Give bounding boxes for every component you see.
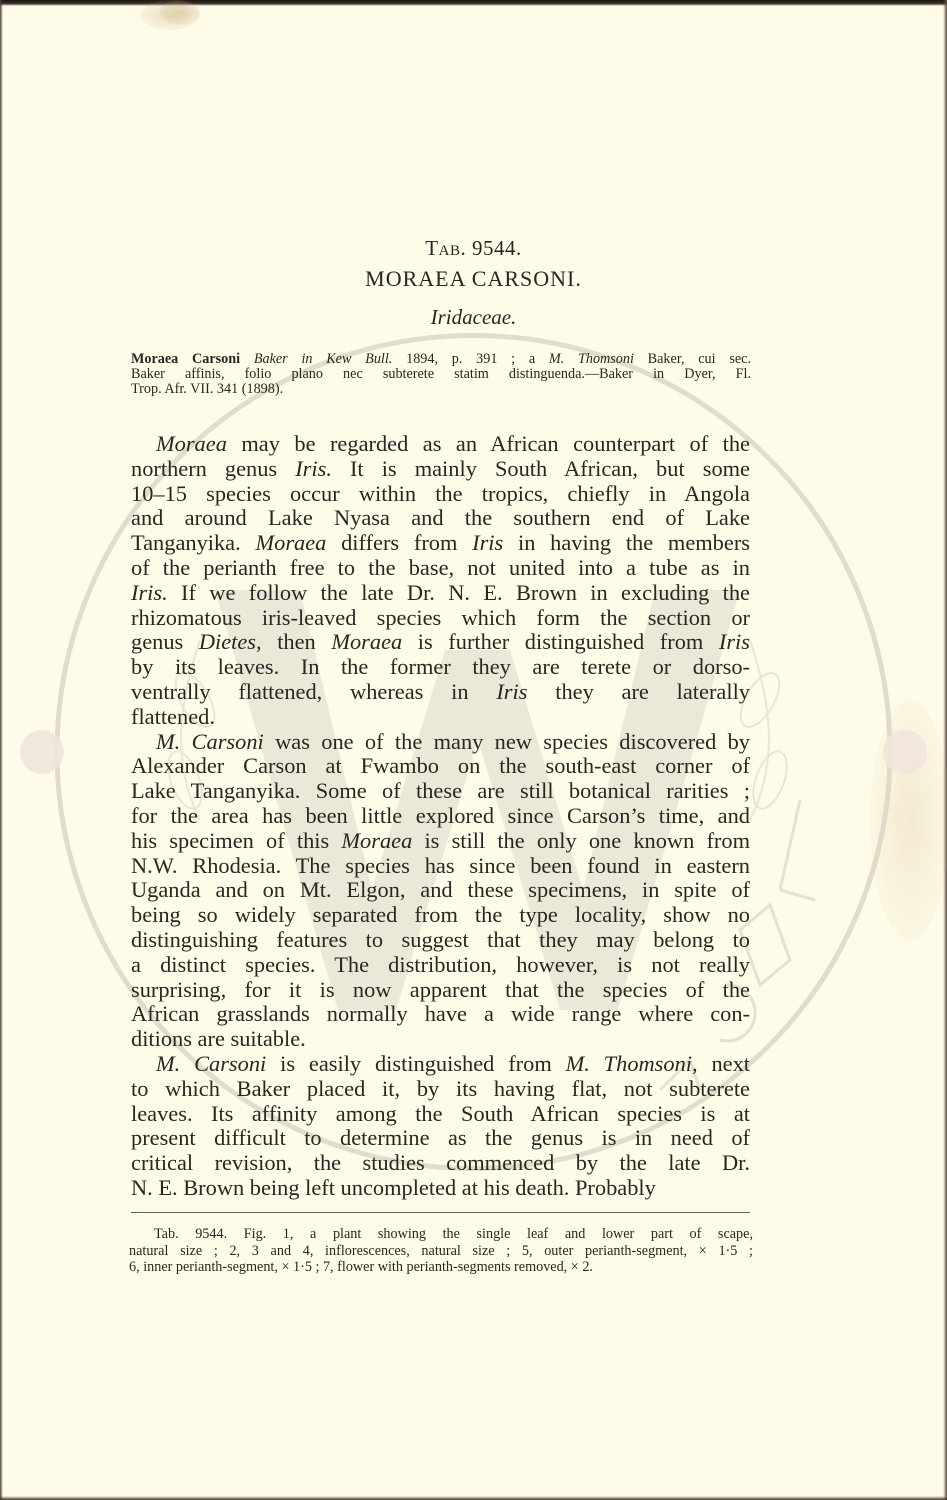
italic-term: Moraea	[255, 530, 326, 555]
text-run: Tanganyika.	[131, 530, 255, 555]
text-line: of the perianth free to the base, not un…	[131, 556, 750, 581]
text-run: may be regarded as an African counterpar…	[227, 431, 750, 456]
italic-term: Iris	[719, 629, 750, 654]
text-run: being so widely separated from the type …	[131, 902, 750, 927]
text-run: is easily distinguished from	[266, 1051, 565, 1076]
text-run: Uganda and on Mt. Elgon, and these speci…	[131, 877, 750, 902]
text-run: surprising, for it is now apparent that …	[131, 977, 750, 1002]
text-run: his specimen of this	[131, 828, 341, 853]
text-line: being so widely separated from the type …	[131, 903, 750, 928]
text-run: northern genus	[131, 456, 295, 481]
text-run: genus	[131, 629, 199, 654]
text-line: critical revision, the studies commenced…	[131, 1151, 750, 1176]
text-run: next	[698, 1051, 750, 1076]
text-line: by its leaves. In the former they are te…	[131, 655, 750, 680]
family-name: Iridaceae.	[0, 305, 947, 330]
plate-number: Tab. 9544.	[0, 236, 947, 261]
text-line: surprising, for it is now apparent that …	[131, 978, 750, 1003]
text-run: and around Lake Nyasa and the southern e…	[131, 505, 750, 530]
italic-term: Iris.	[131, 580, 168, 605]
text-run: to which Baker placed it, by its having …	[131, 1076, 750, 1101]
paper-stain	[160, 0, 200, 25]
italic-term: Iris	[496, 679, 527, 704]
body-text: Moraea may be regarded as an African cou…	[131, 432, 750, 1201]
text-line: Moraea may be regarded as an African cou…	[131, 432, 750, 457]
text-line: Alexander Carson at Fwambo on the south-…	[131, 754, 750, 779]
text-run: 10–15 species occur within the tropics, …	[131, 481, 750, 506]
citation-species-name: Moraea Carsoni	[131, 351, 240, 367]
italic-term: Moraea	[331, 629, 402, 654]
text-run: of the perianth free to the base, not un…	[131, 555, 750, 580]
caption-line: natural size ; 2, 3 and 4, inflorescence…	[129, 1243, 753, 1260]
paragraph: M. Carsoni is easily distinguished from …	[131, 1052, 750, 1201]
citation-line: Baker affinis, folio plano nec subterete…	[131, 367, 751, 382]
citation-reference: 1894, p. 391 ; a	[406, 351, 535, 367]
caption-line: 6, inner perianth-segment, × 1·5 ; 7, fl…	[129, 1259, 753, 1276]
text-line: African grasslands normally have a wide …	[131, 1002, 750, 1027]
text-line: for the area has been little explored si…	[131, 804, 750, 829]
text-line: N. E. Brown being left uncompleted at hi…	[131, 1176, 750, 1201]
scan-edge-bottom	[0, 1496, 947, 1500]
text-run: present difficult to determine as the ge…	[131, 1125, 750, 1150]
paragraph: M. Carsoni was one of the many new speci…	[131, 730, 750, 1052]
text-line: his specimen of this Moraea is still the…	[131, 829, 750, 854]
text-run: is further distinguished from	[402, 629, 719, 654]
figure-caption: Tab. 9544. Fig. 1, a plant showing the s…	[129, 1226, 753, 1276]
text-line: Lake Tanganyika. Some of these are still…	[131, 779, 750, 804]
text-run: is still the only one known from	[412, 828, 750, 853]
text-run: If we follow the late Dr. N. E. Brown in…	[168, 580, 750, 605]
text-line: ditions are suitable.	[131, 1027, 750, 1052]
text-line: 10–15 species occur within the tropics, …	[131, 482, 750, 507]
text-line: N.W. Rhodesia. The species has since bee…	[131, 854, 750, 879]
text-line: distinguishing features to suggest that …	[131, 928, 750, 953]
text-run: then	[262, 629, 332, 654]
text-run: Lake Tanganyika. Some of these are still…	[131, 778, 750, 803]
caption-line: Tab. 9544. Fig. 1, a plant showing the s…	[129, 1226, 753, 1243]
text-run: differs from	[326, 530, 472, 555]
text-run: for the area has been little explored si…	[131, 803, 750, 828]
text-run: they are laterally	[527, 679, 750, 704]
text-run: Alexander Carson at Fwambo on the south-…	[131, 753, 750, 778]
text-line: Tanganyika. Moraea differs from Iris in …	[131, 531, 750, 556]
scan-edge-left	[0, 0, 3, 1500]
citation-text: Baker, cui sec.	[648, 351, 751, 367]
citation-line: Trop. Afr. VII. 341 (1898).	[131, 382, 751, 397]
citation-line: Moraea Carsoni Baker in Kew Bull. 1894, …	[131, 352, 751, 367]
text-line: a distinct species. The distribution, ho…	[131, 953, 750, 978]
italic-term: M. Thomsoni,	[566, 1051, 698, 1076]
text-line: Uganda and on Mt. Elgon, and these speci…	[131, 878, 750, 903]
text-line: Iris. If we follow the late Dr. N. E. Br…	[131, 581, 750, 606]
text-run: African grasslands normally have a wide …	[131, 1001, 750, 1026]
text-run: distinguishing features to suggest that …	[131, 927, 750, 952]
footnote-divider	[131, 1212, 750, 1213]
italic-term: M. Carsoni	[156, 729, 264, 754]
citation-authority: Baker in Kew Bull.	[254, 351, 393, 367]
paper-stain	[870, 700, 947, 940]
text-run: ventrally flattened, whereas in	[131, 679, 496, 704]
scan-edge-right	[943, 0, 947, 1500]
document-page: Tab. 9544. MORAEA CARSONI. Iridaceae. Mo…	[0, 0, 947, 1500]
plate-number-value: 9544.	[472, 236, 522, 260]
citation-compared-species: M. Thomsoni	[549, 351, 634, 367]
text-run: leaves. Its affinity among the South Afr…	[131, 1101, 750, 1126]
text-run: in having the members	[503, 530, 750, 555]
italic-term: Iris	[472, 530, 503, 555]
text-run: ditions are suitable.	[131, 1026, 306, 1051]
text-line: M. Carsoni is easily distinguished from …	[131, 1052, 750, 1077]
italic-term: Dietes,	[199, 629, 262, 654]
text-line: flattened.	[131, 705, 750, 730]
text-run: It is mainly South African, but some	[332, 456, 750, 481]
text-line: leaves. Its affinity among the South Afr…	[131, 1102, 750, 1127]
text-run: was one of the many new species discover…	[264, 729, 750, 754]
text-line: genus Dietes, then Moraea is further dis…	[131, 630, 750, 655]
text-run: by its leaves. In the former they are te…	[131, 654, 750, 679]
text-line: rhizomatous iris-leaved species which fo…	[131, 606, 750, 631]
text-line: ventrally flattened, whereas in Iris the…	[131, 680, 750, 705]
text-run: rhizomatous iris-leaved species which fo…	[131, 605, 750, 630]
text-line: present difficult to determine as the ge…	[131, 1126, 750, 1151]
text-line: M. Carsoni was one of the many new speci…	[131, 730, 750, 755]
italic-term: Iris.	[295, 456, 332, 481]
text-line: and around Lake Nyasa and the southern e…	[131, 506, 750, 531]
text-run: N. E. Brown being left uncompleted at hi…	[131, 1175, 656, 1200]
italic-term: M. Carsoni	[156, 1051, 266, 1076]
italic-term: Moraea	[156, 431, 227, 456]
text-run: a distinct species. The distribution, ho…	[131, 952, 750, 977]
paragraph: Moraea may be regarded as an African cou…	[131, 432, 750, 730]
italic-term: Moraea	[341, 828, 412, 853]
scan-edge-top	[0, 0, 947, 6]
taxonomic-citation: Moraea Carsoni Baker in Kew Bull. 1894, …	[131, 352, 751, 397]
plate-prefix: Tab.	[425, 236, 466, 260]
text-run: critical revision, the studies commenced…	[131, 1150, 750, 1175]
text-line: northern genus Iris. It is mainly South …	[131, 457, 750, 482]
text-line: to which Baker placed it, by its having …	[131, 1077, 750, 1102]
text-run: flattened.	[131, 704, 215, 729]
text-run: N.W. Rhodesia. The species has since bee…	[131, 853, 750, 878]
species-title: MORAEA CARSONI.	[0, 266, 947, 292]
